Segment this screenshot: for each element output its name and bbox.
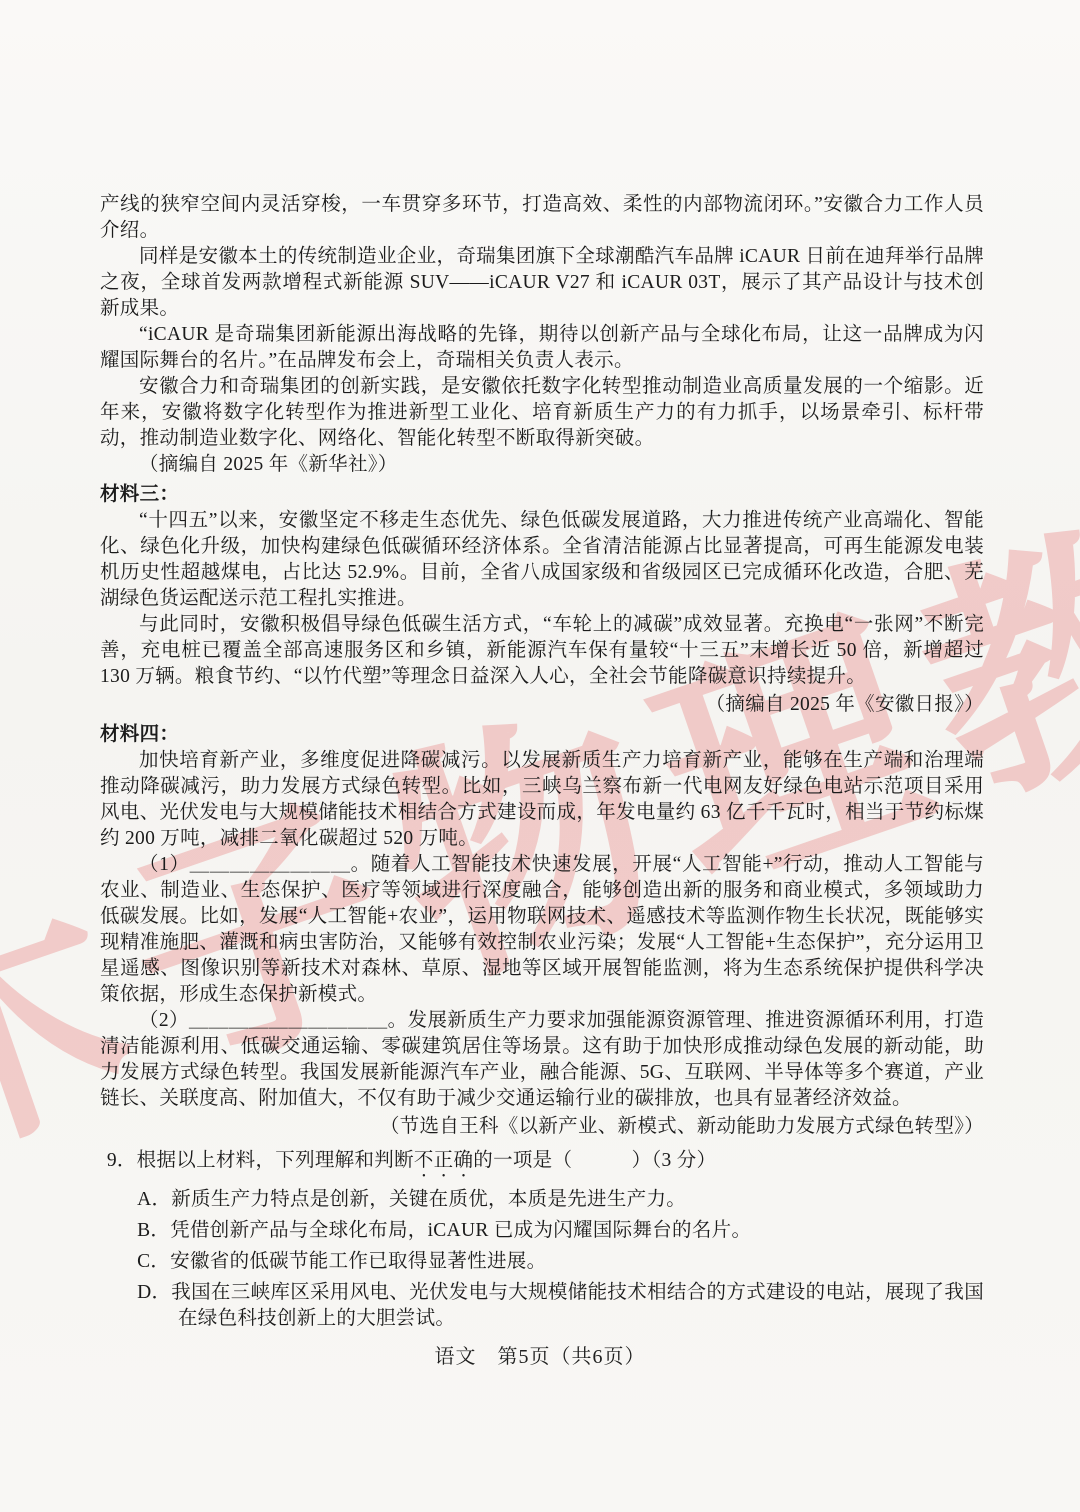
question-text-pre: 9．根据以上材料，下列理解和判断 <box>107 1150 414 1171</box>
option-d: D．我国在三峡库区采用风电、光伏发电与大规模储能技术相结合的方式建设的电站，展现… <box>100 1280 984 1332</box>
document-body: 产线的狭窄空间内灵活穿梭，一车贯穿多环节，打造高效、柔性的内部物流闭环。”安徽合… <box>100 192 984 1332</box>
citation-anhui-daily: （摘编自 2025 年《安徽日报》） <box>100 692 984 718</box>
material-3-heading: 材料三： <box>100 482 984 508</box>
paragraph-chery-icaur: 同样是安徽本土的传统制造业企业，奇瑞集团旗下全球潮酷汽车品牌 iCAUR 日前在… <box>100 244 984 322</box>
continuation-paragraph: 产线的狭窄空间内灵活穿梭，一车贯穿多环节，打造高效、柔性的内部物流闭环。”安徽合… <box>100 192 984 244</box>
citation-wangke: （节选自王科《以新产业、新模式、新动能助力发展方式绿色转型》） <box>100 1114 984 1140</box>
question-emphasized-text: 不正确 <box>414 1150 473 1171</box>
paragraph-green-development: “十四五”以来，安徽坚定不移走生态优先、绿色低碳发展道路，大力推进传统产业高端化… <box>100 508 984 612</box>
exam-paper-page: 木子物理教与学 产线的狭窄空间内灵活穿梭，一车贯穿多环节，打造高效、柔性的内部物… <box>0 0 1080 1512</box>
paragraph-low-carbon-life: 与此同时，安徽积极倡导绿色低碳生活方式，“车轮上的减碳”成效显著。充换电“一张网… <box>100 612 984 690</box>
question-9: 9．根据以上材料，下列理解和判断不正确的一项是（ ）（3 分） <box>100 1148 984 1182</box>
question-text-post: 的一项是（ ）（3 分） <box>473 1150 716 1171</box>
option-c: C．安徽省的低碳节能工作已取得显著性进展。 <box>100 1249 984 1275</box>
paragraph-icaur-quote: “iCAUR 是奇瑞集团新能源出海战略的先锋，期待以创新产品与全球化布局，让这一… <box>100 322 984 374</box>
paragraph-new-industry: 加快培育新产业，多维度促进降碳减污。以发展新质生产力培育新产业，能够在生产端和治… <box>100 748 984 852</box>
paragraph-blank-1: （1）＿＿＿＿＿＿＿＿。随着人工智能技术快速发展，开展“人工智能+”行动，推动人… <box>100 852 984 1008</box>
paragraph-blank-2: （2）＿＿＿＿＿＿＿＿＿＿。发展新质生产力要求加强能源资源管理、推进资源循环利用… <box>100 1008 984 1112</box>
option-a: A．新质生产力特点是创新，关键在质优，本质是先进生产力。 <box>100 1187 984 1213</box>
option-b: B．凭借创新产品与全球化布局，iCAUR 已成为闪耀国际舞台的名片。 <box>100 1218 984 1244</box>
citation-xinhua: （摘编自 2025 年《新华社》） <box>100 452 984 478</box>
paragraph-digital-transformation: 安徽合力和奇瑞集团的创新实践，是安徽依托数字化转型推动制造业高质量发展的一个缩影… <box>100 374 984 452</box>
page-footer: 语文 第5页（共6页） <box>0 1340 1080 1369</box>
material-4-heading: 材料四： <box>100 722 984 748</box>
